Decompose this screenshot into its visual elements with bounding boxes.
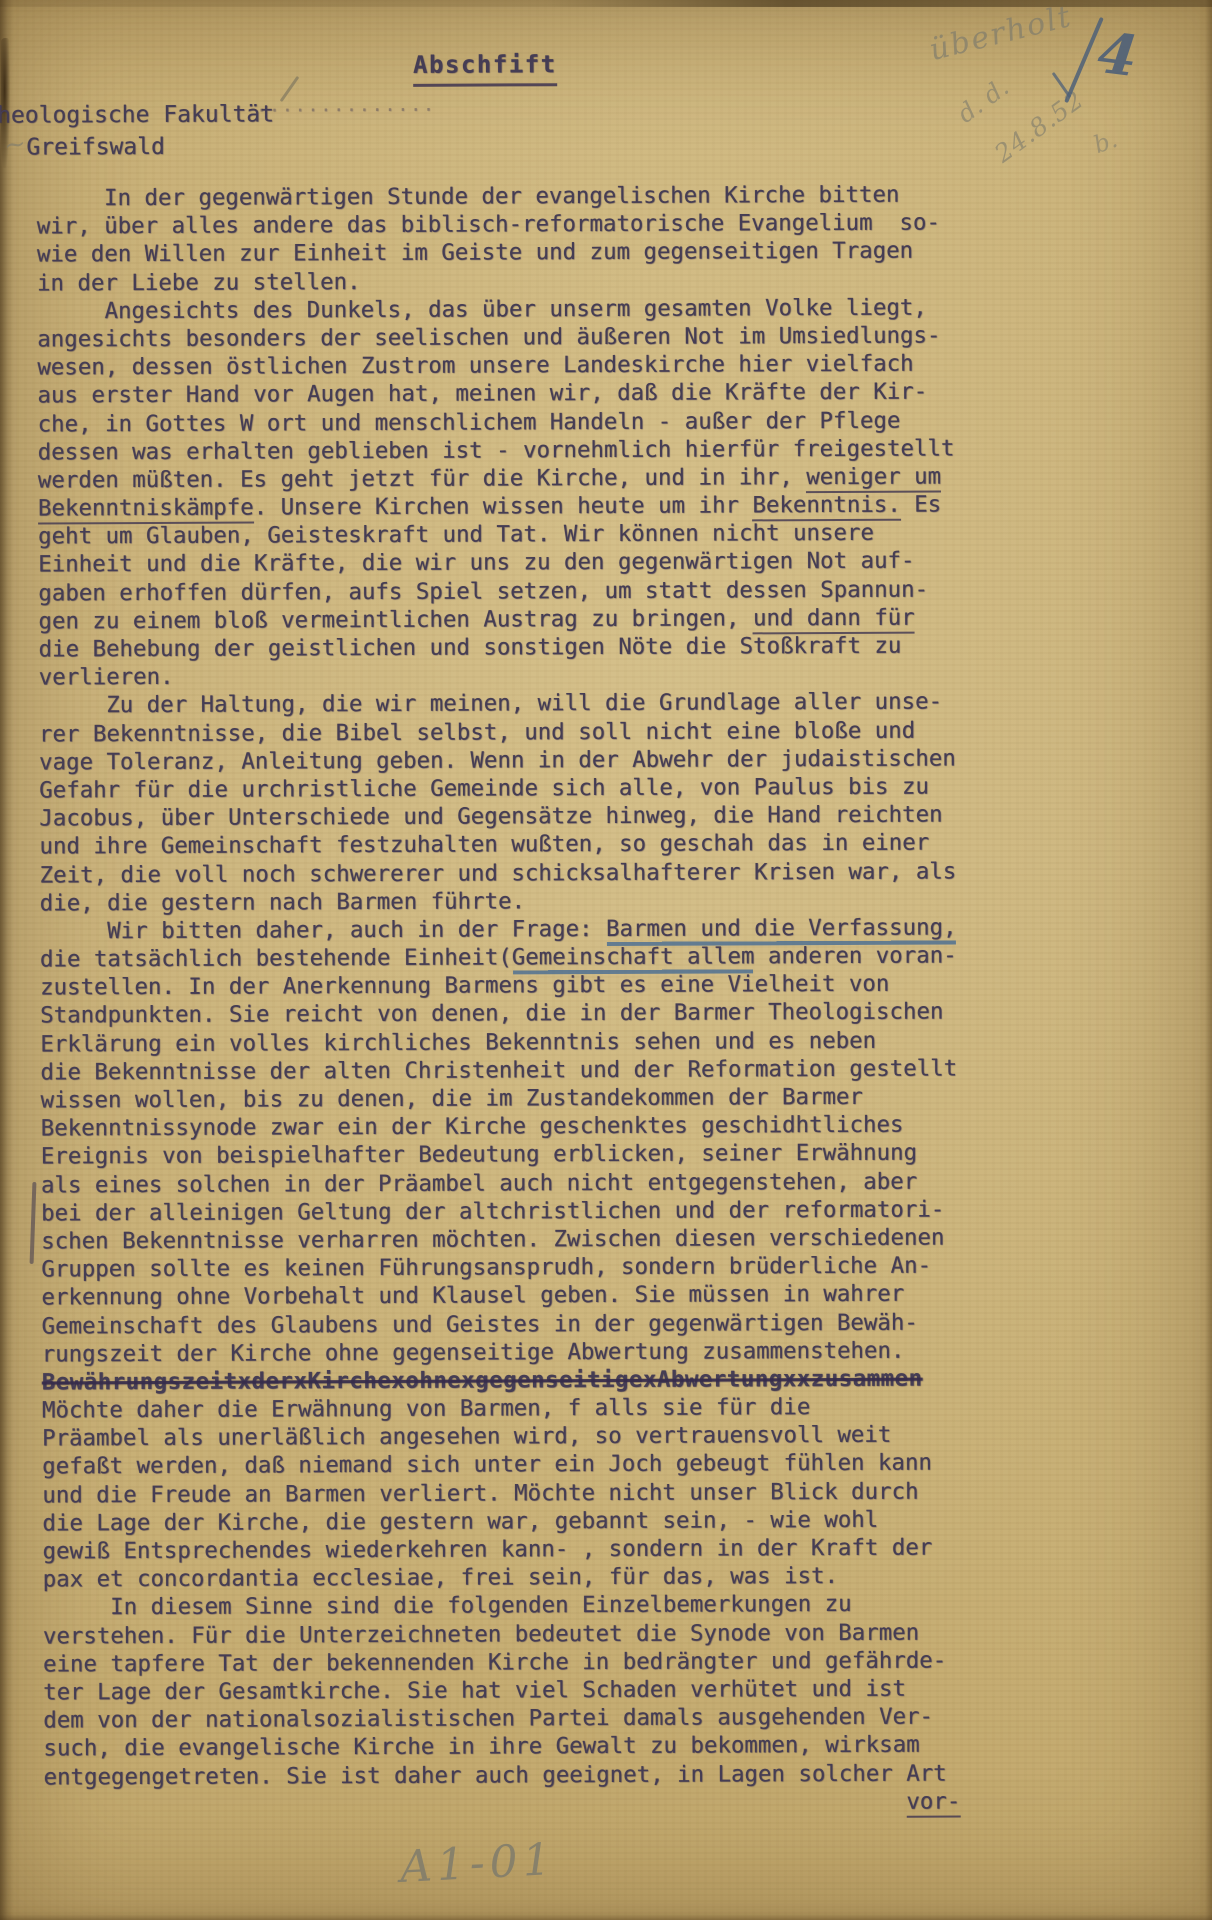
text-segment: In diesem Sinne sind die folgenden Einze…: [43, 1591, 852, 1621]
page-title: Abschfift: [413, 50, 557, 87]
text-line: Jacobus, über Unterschiede und Gegensätz…: [39, 801, 956, 833]
text-segment: in der Liebe zu stellen.: [37, 269, 361, 296]
text-line: bei der alleinigen Geltung der altchrist…: [41, 1195, 958, 1227]
text-line: In diesem Sinne sind die folgenden Einze…: [43, 1590, 960, 1622]
text-segment: vage Toleranz, Anleitung geben. Wenn in …: [39, 745, 956, 775]
text-line: eine tapfere Tat der bekennenden Kirche …: [43, 1646, 960, 1678]
text-line: Einheit und die Kräfte, die wir uns zu d…: [38, 547, 955, 579]
text-segment: gewiß Entsprechendes wiederkehren kann- …: [43, 1535, 933, 1565]
text-line: Präambel als unerläßlich angesehen wird,…: [42, 1421, 959, 1453]
text-segment: die Bekenntnisse der alten Christenheit …: [40, 1055, 957, 1085]
text-line: gewiß Entsprechendes wiederkehren kann- …: [43, 1533, 960, 1565]
text-segment: Es: [901, 492, 942, 518]
text-segment: Erklärung ein volles kirchliches Bekennt…: [40, 1027, 876, 1057]
text-segment: gefaßt werden, daß niemand sich unter ei…: [42, 1450, 932, 1480]
text-segment: Gefahr für die urchristliche Gemeinde si…: [39, 774, 929, 804]
text-line: BewährungszeitxderxKirchexohnexgegenseit…: [42, 1364, 959, 1396]
text-segment: pax et concordantia ecclesiae, frei sein…: [43, 1563, 838, 1592]
text-line: Standpunkten. Sie reicht von denen, die …: [40, 998, 957, 1030]
text-line: Bekenntnissynode zwar ein der Kirche ges…: [41, 1111, 958, 1143]
text-line: Gruppen sollte es keinen Führungsansprud…: [41, 1252, 958, 1284]
text-line: und ihre Gemeinschaft festzuhalten wußte…: [39, 829, 956, 861]
text-line: Ereignis von beispielhafter Bedeutung er…: [41, 1139, 958, 1171]
text-segment: die Behebung der geistlichen und sonstig…: [39, 633, 902, 663]
text-line: che, in Gottes W ort und menschlichem Ha…: [38, 406, 955, 438]
text-line: vor-: [44, 1787, 961, 1819]
text-line: wissen wollen, bis zu denen, die im Zust…: [41, 1082, 958, 1114]
text-segment: Präambel als unerläßlich angesehen wird,…: [42, 1422, 891, 1452]
text-segment: Zeit, die voll noch schwererer und schic…: [40, 858, 957, 888]
text-line: Angesichts des Dunkels, das über unserm …: [37, 293, 954, 325]
text-segment: zustellen. In der Anerkennung Barmens gi…: [40, 971, 889, 1001]
text-segment: che, in Gottes W ort und menschlichem Ha…: [38, 407, 901, 437]
text-line: vage Toleranz, Anleitung geben. Wenn in …: [39, 744, 956, 776]
text-line: entgegengetreten. Sie ist daher auch gee…: [43, 1759, 960, 1791]
typewritten-layer: Abschfift .............. Theologische Fa…: [0, 0, 1212, 1920]
document-body: In der gegenwärtigen Stunde der evangeli…: [37, 180, 961, 1819]
text-line: rer Bekenntnisse, die Bibel selbst, und …: [39, 716, 956, 748]
text-line: gaben erhoffen dürfen, aufs Spiel setzen…: [38, 575, 955, 607]
text-segment: schen Bekenntnisse verharren möchten. Zw…: [41, 1224, 944, 1254]
letterhead-city: Greifswald: [26, 134, 165, 161]
text-segment: . Unsere Kirchen wissen heute um ihr: [254, 492, 753, 520]
text-segment: verstehen. Für die Unterzeichneten bedeu…: [43, 1619, 919, 1649]
text-line: werden müßten. Es geht jetzt für die Kir…: [38, 462, 955, 494]
text-segment: bei der alleinigen Geltung der altchrist…: [41, 1196, 944, 1226]
text-line: geht um Glauben, Geisteskraft und Tat. W…: [38, 519, 955, 551]
text-line: rungszeit der Kirche ohne gegenseitige A…: [42, 1336, 959, 1368]
text-line: die Behebung der geistlichen und sonstig…: [39, 631, 956, 663]
text-segment: wesen, dessen östlichen Zustrom unsere L…: [37, 351, 913, 381]
text-line: angesichts besonders der seelischen und …: [37, 321, 954, 353]
text-segment: verlieren.: [39, 664, 174, 691]
text-segment: rungszeit der Kirche ohne gegenseitige A…: [42, 1337, 905, 1367]
text-segment: Angesichts des Dunkels, das über unserm …: [37, 294, 927, 324]
text-line: die Bekenntnisse der alten Christenheit …: [40, 1054, 957, 1086]
text-segment: Bekenntnissynode zwar ein der Kirche ges…: [41, 1112, 904, 1142]
text-line: erkennung ohne Vorbehalt und Klausel geb…: [41, 1280, 958, 1312]
text-line: Gemeinschaft des Glaubens und Geistes in…: [42, 1308, 959, 1340]
text-segment-marked: Bekenntnis.: [752, 492, 900, 522]
text-segment: Standpunkten. Sie reicht von denen, die …: [40, 999, 943, 1029]
text-line: dessen was erhalten geblieben ist - vorn…: [38, 434, 955, 466]
text-segment: wir, über alles andere das biblisch-refo…: [37, 210, 940, 240]
text-line: Zeit, die voll noch schwererer und schic…: [40, 857, 957, 889]
text-segment: ter Lage der Gesamtkirche. Sie hat viel …: [43, 1676, 906, 1706]
text-segment: und ihre Gemeinschaft festzuhalten wußte…: [39, 830, 929, 860]
text-line: verstehen. Für die Unterzeichneten bedeu…: [43, 1618, 960, 1650]
text-segment-marked: vor-: [906, 1788, 960, 1817]
scanned-document-page: Abschfift .............. Theologische Fa…: [0, 0, 1212, 1920]
text-segment: such, die evangelische Kirche in ihre Ge…: [43, 1732, 919, 1762]
text-line: dem von der nationalsozialistischen Part…: [43, 1703, 960, 1735]
text-line: Zu der Haltung, die wir meinen, will die…: [39, 688, 956, 720]
text-segment: Jacobus, über Unterschiede und Gegensätz…: [39, 802, 942, 832]
handwritten-archive-code: A1-01: [399, 1834, 557, 1893]
text-segment: entgegengetreten. Sie ist daher auch gee…: [44, 1760, 947, 1790]
text-segment: die Lage der Kirche, die gestern war, ge…: [42, 1507, 878, 1537]
text-segment-marked: weniger um: [806, 463, 941, 493]
text-segment: die tatsächlich bestehende Einheit(: [40, 944, 512, 972]
text-line: wie den Willen zur Einheit im Geiste und…: [37, 237, 954, 269]
text-line: und die Freude an Barmen verliert. Möcht…: [42, 1477, 959, 1509]
pencil-tilde-mark: ~: [2, 129, 28, 162]
text-segment: gen zu einem bloß vermeintlichen Austrag…: [38, 605, 753, 634]
text-segment: gaben erhoffen dürfen, aufs Spiel setzen…: [38, 576, 928, 606]
text-line: Möchte daher die Erwähnung von Barmen, f…: [42, 1393, 959, 1425]
text-segment: Ereignis von beispielhafter Bedeutung er…: [41, 1140, 917, 1170]
text-line: als eines solchen in der Präambel auch n…: [41, 1167, 958, 1199]
text-segment: die, die gestern nach Barmen führte.: [40, 888, 525, 916]
text-segment: [44, 1788, 907, 1818]
text-line: Gefahr für die urchristliche Gemeinde si…: [39, 772, 956, 804]
text-segment: und die Freude an Barmen verliert. Möcht…: [42, 1478, 918, 1508]
text-line: In der gegenwärtigen Stunde der evangeli…: [37, 180, 954, 212]
text-segment: wie den Willen zur Einheit im Geiste und…: [37, 238, 913, 268]
text-line: Bekenntniskämpfe. Unsere Kirchen wissen …: [38, 491, 955, 523]
text-segment-marked: BewährungszeitxderxKirchexohnexgegenseit…: [42, 1365, 923, 1395]
text-line: die tatsächlich bestehende Einheit(Gemei…: [40, 942, 957, 974]
text-segment: rer Bekenntnisse, die Bibel selbst, und …: [39, 717, 915, 747]
text-line: zustellen. In der Anerkennung Barmens gi…: [40, 970, 957, 1002]
text-segment: werden müßten. Es geht jetzt für die Kir…: [38, 464, 806, 493]
text-segment: angesichts besonders der seelischen und …: [37, 322, 940, 352]
text-segment: dessen was erhalten geblieben ist - vorn…: [38, 435, 955, 465]
text-segment: Gemeinschaft des Glaubens und Geistes in…: [42, 1309, 918, 1339]
text-segment: wissen wollen, bis zu denen, die im Zust…: [41, 1084, 863, 1114]
text-line: schen Bekenntnisse verharren möchten. Zw…: [41, 1223, 958, 1255]
text-segment: In der gegenwärtigen Stunde der evangeli…: [37, 182, 900, 212]
text-segment-marked: Barmen und die Verfassung,: [606, 914, 957, 942]
letterhead-faculty: Theologische Fakultät: [0, 101, 274, 128]
text-line: verlieren.: [39, 660, 956, 692]
handwritten-page-number: 4: [1094, 20, 1141, 90]
text-line: die, die gestern nach Barmen führte.: [40, 885, 957, 917]
text-segment-marked: und dann für: [753, 604, 915, 634]
text-line: such, die evangelische Kirche in ihre Ge…: [43, 1731, 960, 1763]
text-segment-marked: Bekenntniskämpfe: [38, 495, 254, 525]
text-line: aus erster Hand vor Augen hat, meinen wi…: [37, 378, 954, 410]
text-segment: anderen voran-: [754, 943, 956, 970]
text-segment: geht um Glauben, Geisteskraft und Tat. W…: [38, 520, 874, 550]
text-line: Erklärung ein volles kirchliches Bekennt…: [40, 1026, 957, 1058]
text-line: ter Lage der Gesamtkirche. Sie hat viel …: [43, 1674, 960, 1706]
text-line: Wir bitten daher, auch in der Frage: Bar…: [40, 913, 957, 945]
text-segment: Wir bitten daher, auch in der Frage:: [40, 916, 606, 944]
text-segment: Einheit und die Kräfte, die wir uns zu d…: [38, 548, 914, 578]
text-line: in der Liebe zu stellen.: [37, 265, 954, 297]
text-line: gen zu einem bloß vermeintlichen Austrag…: [38, 603, 955, 635]
text-segment: Gruppen sollte es keinen Führungsansprud…: [41, 1253, 931, 1283]
text-line: die Lage der Kirche, die gestern war, ge…: [42, 1505, 959, 1537]
text-segment: als eines solchen in der Präambel auch n…: [41, 1168, 917, 1198]
text-segment: Zu der Haltung, die wir meinen, will die…: [39, 689, 942, 719]
text-segment-marked: Gemeinschaft allem: [512, 943, 755, 970]
text-line: gefaßt werden, daß niemand sich unter ei…: [42, 1449, 959, 1481]
text-segment: Möchte daher die Erwähnung von Barmen, f…: [42, 1394, 810, 1423]
text-segment: erkennung ohne Vorbehalt und Klausel geb…: [41, 1281, 904, 1311]
text-segment: aus erster Hand vor Augen hat, meinen wi…: [37, 379, 927, 409]
text-segment: eine tapfere Tat der bekennenden Kirche …: [43, 1647, 946, 1677]
text-line: pax et concordantia ecclesiae, frei sein…: [43, 1562, 960, 1594]
text-segment: dem von der nationalsozialistischen Part…: [43, 1704, 933, 1734]
text-line: wesen, dessen östlichen Zustrom unsere L…: [37, 350, 954, 382]
text-line: wir, über alles andere das biblisch-refo…: [37, 209, 954, 241]
